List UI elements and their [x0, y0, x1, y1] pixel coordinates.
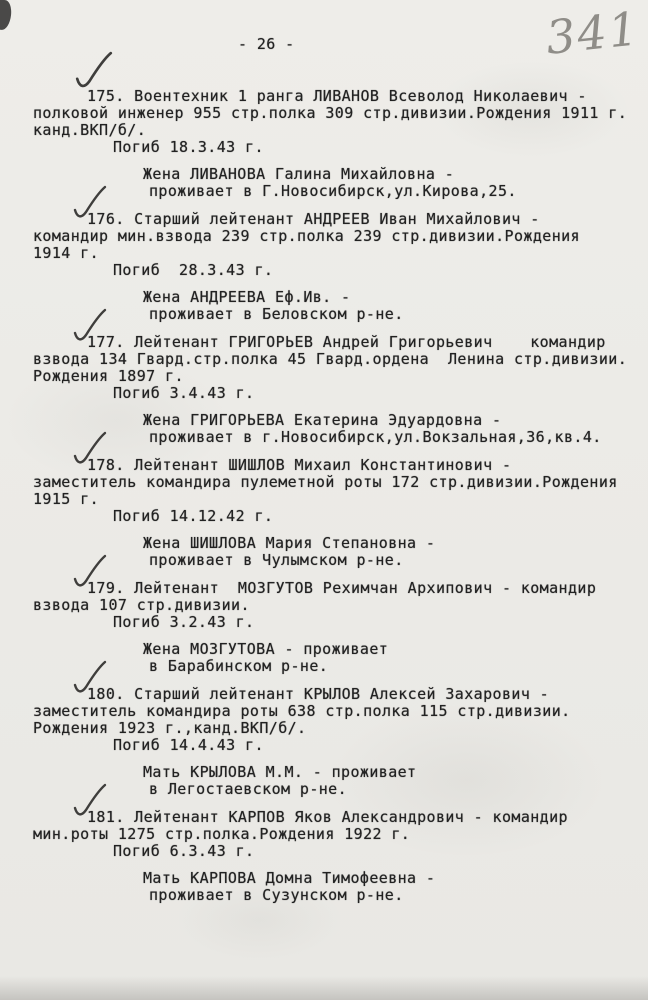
- relative-info: Жена АНДРЕЕВА Еф.Ив. -проживает в Беловс…: [143, 289, 648, 323]
- entry-line: 176. Старший лейтенант АНДРЕЕВ Иван Миха…: [33, 211, 648, 228]
- relative-line: в Легостаевском р-не.: [143, 781, 648, 798]
- entry-line: взвода 134 Гвард.стр.полка 45 Гвард.орде…: [33, 351, 648, 368]
- checkmark-icon: [73, 660, 107, 696]
- entry-line: взвода 107 стр.дивизии.: [33, 597, 648, 614]
- entry-line: полковой инженер 955 стр.полка 309 стр.д…: [33, 105, 648, 122]
- entry-180: 180. Старший лейтенант КРЫЛОВ Алексей За…: [33, 686, 648, 798]
- checkmark-icon: [73, 783, 107, 819]
- relative-info: Жена ГРИГОРЬЕВА Екатерина Эдуардовна -пр…: [143, 412, 648, 446]
- entry-line: 178. Лейтенант ШИШЛОВ Михаил Константино…: [33, 457, 648, 474]
- relative-line: Жена МОЗГУТОВА - проживает: [143, 641, 648, 658]
- scan-edge-shadow: [0, 976, 648, 1000]
- entry-line: 181. Лейтенант КАРПОВ Яков Александрович…: [33, 809, 648, 826]
- checkmark-icon: [75, 46, 113, 96]
- relative-line: Жена ГРИГОРЬЕВА Екатерина Эдуардовна -: [143, 412, 648, 429]
- relative-line: Жена ШИШЛОВА Мария Степановна -: [143, 535, 648, 552]
- entry-line: канд.ВКП/б/.: [33, 122, 648, 139]
- relative-line: Жена ЛИВАНОВА Галина Михайловна -: [143, 166, 648, 183]
- entry-line: заместитель командира пулеметной роты 17…: [33, 474, 648, 491]
- entry-line: 179. Лейтенант МОЗГУТОВ Рехимчан Архипов…: [33, 580, 648, 597]
- checkmark-icon: [73, 185, 107, 221]
- entry-line: Рождения 1923 г.,канд.ВКП/б/.: [33, 720, 648, 737]
- entry-178: 178. Лейтенант ШИШЛОВ Михаил Константино…: [33, 457, 648, 569]
- relative-line: проживает в Беловском р-не.: [143, 306, 648, 323]
- death-date-line: Погиб 14.12.42 г.: [33, 508, 648, 525]
- relative-line: в Барабинском р-не.: [143, 658, 648, 675]
- entry-175: 175. Воентехник 1 ранга ЛИВАНОВ Всеволод…: [33, 88, 648, 200]
- relative-line: проживает в г.Новосибирск,ул.Вокзальная,…: [143, 429, 648, 446]
- checkmark-icon: [73, 308, 107, 344]
- relative-line: проживает в Г.Новосибирск,ул.Кирова,25.: [143, 183, 648, 200]
- death-date-line: Погиб 28.3.43 г.: [33, 262, 648, 279]
- handwritten-page-number: 341: [543, 1, 642, 65]
- relative-info: Жена ШИШЛОВА Мария Степановна -проживает…: [143, 535, 648, 569]
- relative-info: Жена ЛИВАНОВА Галина Михайловна -прожива…: [143, 166, 648, 200]
- death-date-line: Погиб 14.4.43 г.: [33, 737, 648, 754]
- entry-line: 1915 г.: [33, 491, 648, 508]
- relative-info: Жена МОЗГУТОВА - проживаетв Барабинском …: [143, 641, 648, 675]
- entry-181: 181. Лейтенант КАРПОВ Яков Александрович…: [33, 809, 648, 904]
- checkmark-icon: [73, 554, 107, 590]
- entry-176: 176. Старший лейтенант АНДРЕЕВ Иван Миха…: [33, 211, 648, 323]
- relative-line: Мать КАРПОВА Домна Тимофеевна -: [143, 870, 648, 887]
- scanned-document-page: - 26 - 341 175. Воентехник 1 ранга ЛИВАН…: [0, 0, 648, 1000]
- entries-list: 175. Воентехник 1 ранга ЛИВАНОВ Всеволод…: [33, 88, 648, 904]
- death-date-line: Погиб 6.3.43 г.: [33, 843, 648, 860]
- entry-line: 175. Воентехник 1 ранга ЛИВАНОВ Всеволод…: [33, 88, 648, 105]
- relative-line: Жена АНДРЕЕВА Еф.Ив. -: [143, 289, 648, 306]
- death-date-line: Погиб 3.4.43 г.: [33, 385, 648, 402]
- entry-177: 177. Лейтенант ГРИГОРЬЕВ Андрей Григорье…: [33, 334, 648, 446]
- entry-179: 179. Лейтенант МОЗГУТОВ Рехимчан Архипов…: [33, 580, 648, 675]
- relative-line: проживает в Сузунском р-не.: [143, 887, 648, 904]
- entry-line: 180. Старший лейтенант КРЫЛОВ Алексей За…: [33, 686, 648, 703]
- entry-line: 1914 г.: [33, 245, 648, 262]
- entry-line: командир мин.взвода 239 стр.полка 239 ст…: [33, 228, 648, 245]
- entry-line: мин.роты 1275 стр.полка.Рождения 1922 г.: [33, 826, 648, 843]
- relative-line: проживает в Чулымском р-не.: [143, 552, 648, 569]
- relative-info: Мать КРЫЛОВА М.М. - проживаетв Легостаев…: [143, 764, 648, 798]
- relative-line: Мать КРЫЛОВА М.М. - проживает: [143, 764, 648, 781]
- scan-artifact-top-left: [0, 0, 13, 31]
- entry-line: Рождения 1897 г.: [33, 368, 648, 385]
- page-number: - 26 -: [238, 36, 295, 53]
- entry-line: 177. Лейтенант ГРИГОРЬЕВ Андрей Григорье…: [33, 334, 648, 351]
- checkmark-icon: [73, 431, 107, 467]
- entry-line: заместитель командира роты 638 стр.полка…: [33, 703, 648, 720]
- relative-info: Мать КАРПОВА Домна Тимофеевна -проживает…: [143, 870, 648, 904]
- death-date-line: Погиб 3.2.43 г.: [33, 614, 648, 631]
- death-date-line: Погиб 18.3.43 г.: [33, 139, 648, 156]
